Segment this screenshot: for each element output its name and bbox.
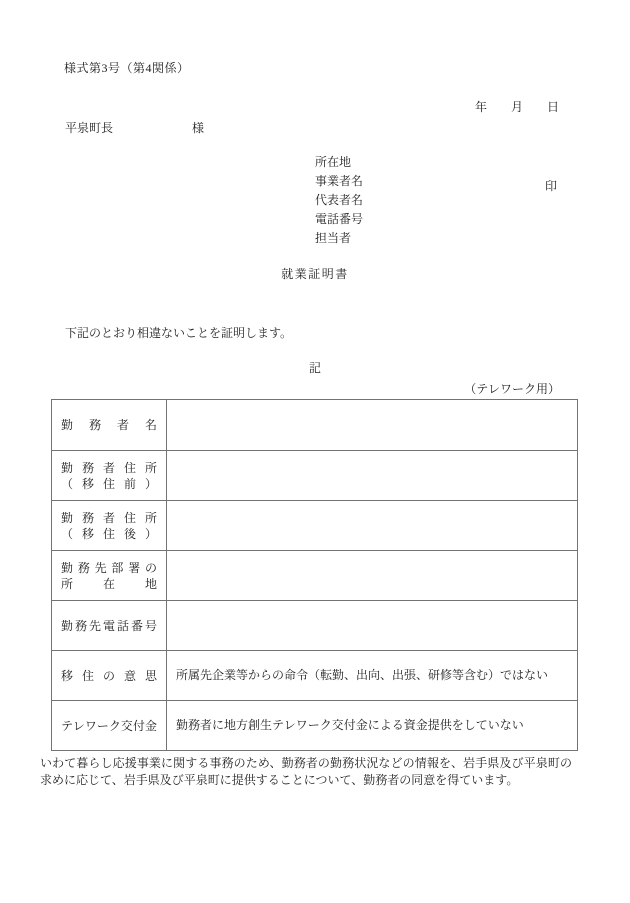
- sender-field-business-name: 事業者名: [315, 172, 363, 191]
- table-row: 勤務者名: [52, 400, 577, 450]
- row-label-line: 勤務者住所: [61, 460, 157, 476]
- row-label: 勤務者名: [52, 400, 167, 450]
- date-line: 年 月 日: [475, 99, 559, 115]
- row-label-line: 勤務者住所: [61, 510, 157, 526]
- row-label: 勤務者住所 （移住前）: [52, 451, 167, 500]
- table-row: テレワーク交付金 勤務者に地方創生テレワーク交付金による資金提供をしていない: [52, 700, 577, 750]
- sender-field-representative: 代表者名: [315, 191, 363, 210]
- ki-label: 記: [0, 360, 630, 376]
- table-row: 勤務者住所 （移住後）: [52, 500, 577, 550]
- row-value: [167, 451, 577, 500]
- table-row: 勤務者住所 （移住前）: [52, 450, 577, 500]
- row-label-line: （移住後）: [61, 526, 157, 542]
- row-label-line: テレワーク交付金: [61, 718, 157, 734]
- row-label: 勤務先電話番号: [52, 601, 167, 650]
- row-label: 移住の意思: [52, 651, 167, 700]
- row-value: 所属先企業等からの命令（転勤、出向、出張、研修等含む）ではない: [167, 651, 577, 700]
- row-label: 勤務者住所 （移住後）: [52, 501, 167, 550]
- row-value: [167, 501, 577, 550]
- row-label-line: 勤務先部署の: [61, 560, 157, 576]
- addressee-honorific: 様: [192, 121, 204, 135]
- table-row: 勤務先電話番号: [52, 600, 577, 650]
- table-row: 移住の意思 所属先企業等からの命令（転勤、出向、出張、研修等含む）ではない: [52, 650, 577, 700]
- row-label: テレワーク交付金: [52, 701, 167, 750]
- row-label-line: 勤務先電話番号: [61, 618, 157, 634]
- table-row: 勤務先部署の 所在地: [52, 550, 577, 600]
- row-label-line: 勤務者名: [61, 417, 157, 433]
- row-value: 勤務者に地方創生テレワーク交付金による資金提供をしていない: [167, 701, 577, 750]
- row-value: [167, 601, 577, 650]
- page-title: 就業証明書: [0, 266, 630, 282]
- addressee-line: 平泉町長様: [65, 120, 204, 136]
- telework-usage-label: （テレワーク用）: [464, 381, 560, 397]
- sender-block: 所在地 事業者名 代表者名 電話番号 担当者: [315, 153, 363, 248]
- sender-field-location: 所在地: [315, 153, 363, 172]
- row-value: [167, 400, 577, 450]
- certificate-table: 勤務者名 勤務者住所 （移住前） 勤務者住所 （移住後） 勤務先部署の 所在地: [51, 399, 578, 751]
- row-label-line: 所在地: [61, 576, 157, 592]
- consent-note: いわて暮らし応援事業に関する事務のため、勤務者の勤務状況などの情報を、岩手県及び…: [40, 755, 572, 789]
- row-label-line: 移住の意思: [61, 668, 157, 684]
- row-label-line: （移住前）: [61, 476, 157, 492]
- addressee-name: 平泉町長: [65, 121, 113, 135]
- sender-field-phone: 電話番号: [315, 210, 363, 229]
- employment-certificate-form: 様式第3号（第4関係） 年 月 日 平泉町長様 所在地 事業者名 代表者名 電話…: [0, 0, 630, 903]
- row-label: 勤務先部署の 所在地: [52, 551, 167, 600]
- certify-statement: 下記のとおり相違ないことを証明します。: [65, 325, 292, 341]
- seal-mark: 印: [545, 178, 557, 194]
- sender-field-contact-person: 担当者: [315, 229, 363, 248]
- form-number: 様式第3号（第4関係）: [64, 60, 190, 76]
- row-value: [167, 551, 577, 600]
